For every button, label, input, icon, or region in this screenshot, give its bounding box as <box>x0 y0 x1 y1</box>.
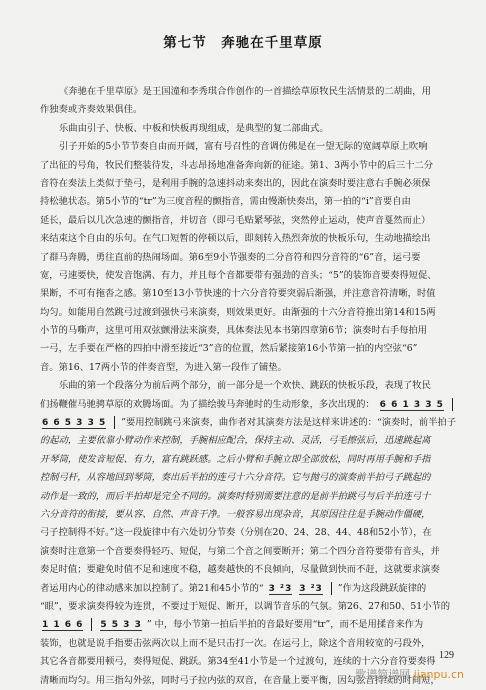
text-line: 了出征的号角，牧民们整装待发，斗志昂扬地准备奔向新的征途。第1、3两小节中的后三… <box>40 157 458 175</box>
text-line: 控制弓杆，从容地回到琴筒，奏出后半拍的连弓十六分音符。它与抛弓的演奏前半拍弓子跳… <box>40 469 458 487</box>
watermark-domain: jianpu.cn <box>414 668 464 681</box>
jianpu-notation: 6 6 5 3 3 5 <box>42 418 106 429</box>
section-title: 第七节 奔驰在千里草原 <box>0 31 486 51</box>
text-line: 持松驰状态。第5小节的“tr”为三度音程的颤指音，需由慢渐快奏出，第一拍的“i”… <box>40 193 458 211</box>
text-line: 来结束这个自由的乐句。在气口短暂的停顿以后，即刻转入热烈奔放的快板乐句，生动地描… <box>40 230 458 248</box>
text-line: 开琴筒，使发音短促、有力，富有跳跃感。之后小臂和手腕立即全部放松，同时再用手腕和… <box>40 451 458 469</box>
jianpu-notation: 5 5 3 3 <box>100 620 141 631</box>
text-line: 乐曲的第一个段落分为前后两个部分，前一部分是一个欢快、跳跃的快板乐段，表现了牧民 <box>40 377 458 395</box>
watermark-text: 歌谱简谱网 <box>355 668 410 681</box>
body-text: 《奔驰在千里草原》是王国潼和李秀琪合作创作的一首描绘草原牧民生活情景的二胡曲，用… <box>40 83 458 690</box>
text-segment: ”要用控制跳弓来演奏，曲作者对其演奏方法是这样来讲述的：“演奏时，前半拍子 <box>121 417 456 428</box>
text-line: 演奏时注意第一个音要奏得轻巧、短促，与第二个音之间要断开；第二个四分音符要带有音… <box>40 543 458 561</box>
jianpu-notation: 6 6 1 3 3 5 <box>380 400 444 411</box>
text-line: 奏足时值；要避免时值不足和速度不稳，越奏越快的不良倾向，尽量做到快而不赶，这就要… <box>40 561 458 579</box>
text-line: 《奔驰在千里草原》是王国潼和李秀琪合作创作的一首描绘草原牧民生活情景的二胡曲，用 <box>40 83 458 101</box>
jianpu-notation: 1 1 6 6 <box>42 620 83 631</box>
watermark: 歌谱简谱网 jianpu.cn <box>355 666 464 682</box>
book-page: 第七节 奔驰在千里草原 《奔驰在千里草原》是王国潼和李秀琪合作创作的一首描绘草原… <box>0 0 486 690</box>
text-line: 一弓，左手要在严格的四拍中滑至接近“3”音的位置，然后紧接第16小节第一拍的内空… <box>40 340 458 358</box>
text-line: 六分音符的衔接，要从容、自然、声音干净。一般容易出现杂音，其原因往往是手腕动作僵… <box>40 506 458 524</box>
text-line: 延长，最后以几次急速的颤指音，并切音（即弓毛贴紧琴弦，突然停止运动，使声音戛然而… <box>40 212 458 230</box>
text-line-with-notation: 们扬鞭催马驰骋草原的欢腾场面。为了描绘骏马奔驰时的生动形象，多次出现的： 6 6… <box>40 396 458 414</box>
page-number: 129 <box>439 650 454 661</box>
jianpu-notation: 3 ²3 <box>299 584 323 595</box>
jianpu-notation: 3 ²3 <box>269 584 293 595</box>
text-segment: ” 中，每小节第一拍后半拍的音最好要用“tr”，而不是用揉音来作为 <box>147 619 423 630</box>
text-segment: 们扬鞭催马驰骋草原的欢腾场面。为了描绘骏马奔驰时的生动形象，多次出现的： <box>40 399 375 410</box>
text-line: 音。第16、17两小节的伴奏音型，为进入第一段作了铺垫。 <box>40 359 458 377</box>
text-line: 作独奏或齐奏效果俱佳。 <box>40 101 458 119</box>
text-line: 的起动，主要依靠小臂动作来控制，手腕相应配合，保持主动、灵活，弓毛擦弦后，迅速跳… <box>40 432 458 450</box>
text-line: 动作是一致的，而后半拍却是完全不同的。演奏时特别需要注意的是前半拍跳弓与后半拍连… <box>40 488 458 506</box>
text-segment: ”作为这段跳跃旋律的 <box>338 583 426 594</box>
text-line: 音符在奏法上类似于垫弓，是利用手腕的急速抖动来奏出的，因此在演奏时要注意右手腕必… <box>40 175 458 193</box>
text-line: 了群马奔腾，勇往直前的热闹场面。第6至9小节强奏的二分音符和四分音符的“6”音，… <box>40 249 458 267</box>
text-line: 装饰，也就是说手指要击弦两次以上而不是只击打一次。在运弓上，除这个音用较宽的弓段… <box>40 635 458 653</box>
text-line: 小节的马嘶声，这里可用双弦颤滑法来演奏，具体奏法见本书第四章第6节；演奏时右手每… <box>40 322 458 340</box>
text-line: “眼”，要求演奏得较为连贯，不要过于短促、断开，以调节音乐的气氛。第26、27和… <box>40 598 458 616</box>
text-segment: 者运用内心的律动感来加以控制了。第21和45小节的“ <box>40 583 264 594</box>
barline <box>452 398 453 411</box>
barline <box>331 582 332 595</box>
text-line: 引子开始的5小节节奏自由而开阔，富有号召性的音调仿佛是在一望无际的宽阔草原上吹响 <box>40 138 458 156</box>
text-line-with-notation: 6 6 5 3 3 5 ”要用控制跳弓来演奏，曲作者对其演奏方法是这样来讲述的：… <box>40 414 458 432</box>
text-line: 弓子控制得不好。”这一段旋律中有六处切分节奏（分别在20、24、28、44、48… <box>40 524 458 542</box>
text-line-with-notation: 者运用内心的律动感来加以控制了。第21和45小节的“ 3 ²3 3 ²3 ”作为… <box>40 580 458 598</box>
barline <box>91 618 92 631</box>
barline <box>114 416 115 429</box>
text-line: 乐曲由引子、快板、中板和快板再现组成，是典型的复二部曲式。 <box>40 120 458 138</box>
text-line: 宽，弓速要快，使发音饱满、有力，并且每个音都要带有强劲的音头；“5”的装饰音要奏… <box>40 267 458 285</box>
text-line: 果断，不可有拖沓之感。第10至13小节快速的十六分音符要突弱后渐强，并注意音符清… <box>40 285 458 303</box>
text-line: 均匀。如能用自然跳弓过渡到强快弓来演奏，则效果更好。由渐强的十六分音符推出第14… <box>40 304 458 322</box>
text-line-with-notation: 1 1 6 6 5 5 3 3 ” 中，每小节第一拍后半拍的音最好要用“tr”，… <box>40 616 458 634</box>
